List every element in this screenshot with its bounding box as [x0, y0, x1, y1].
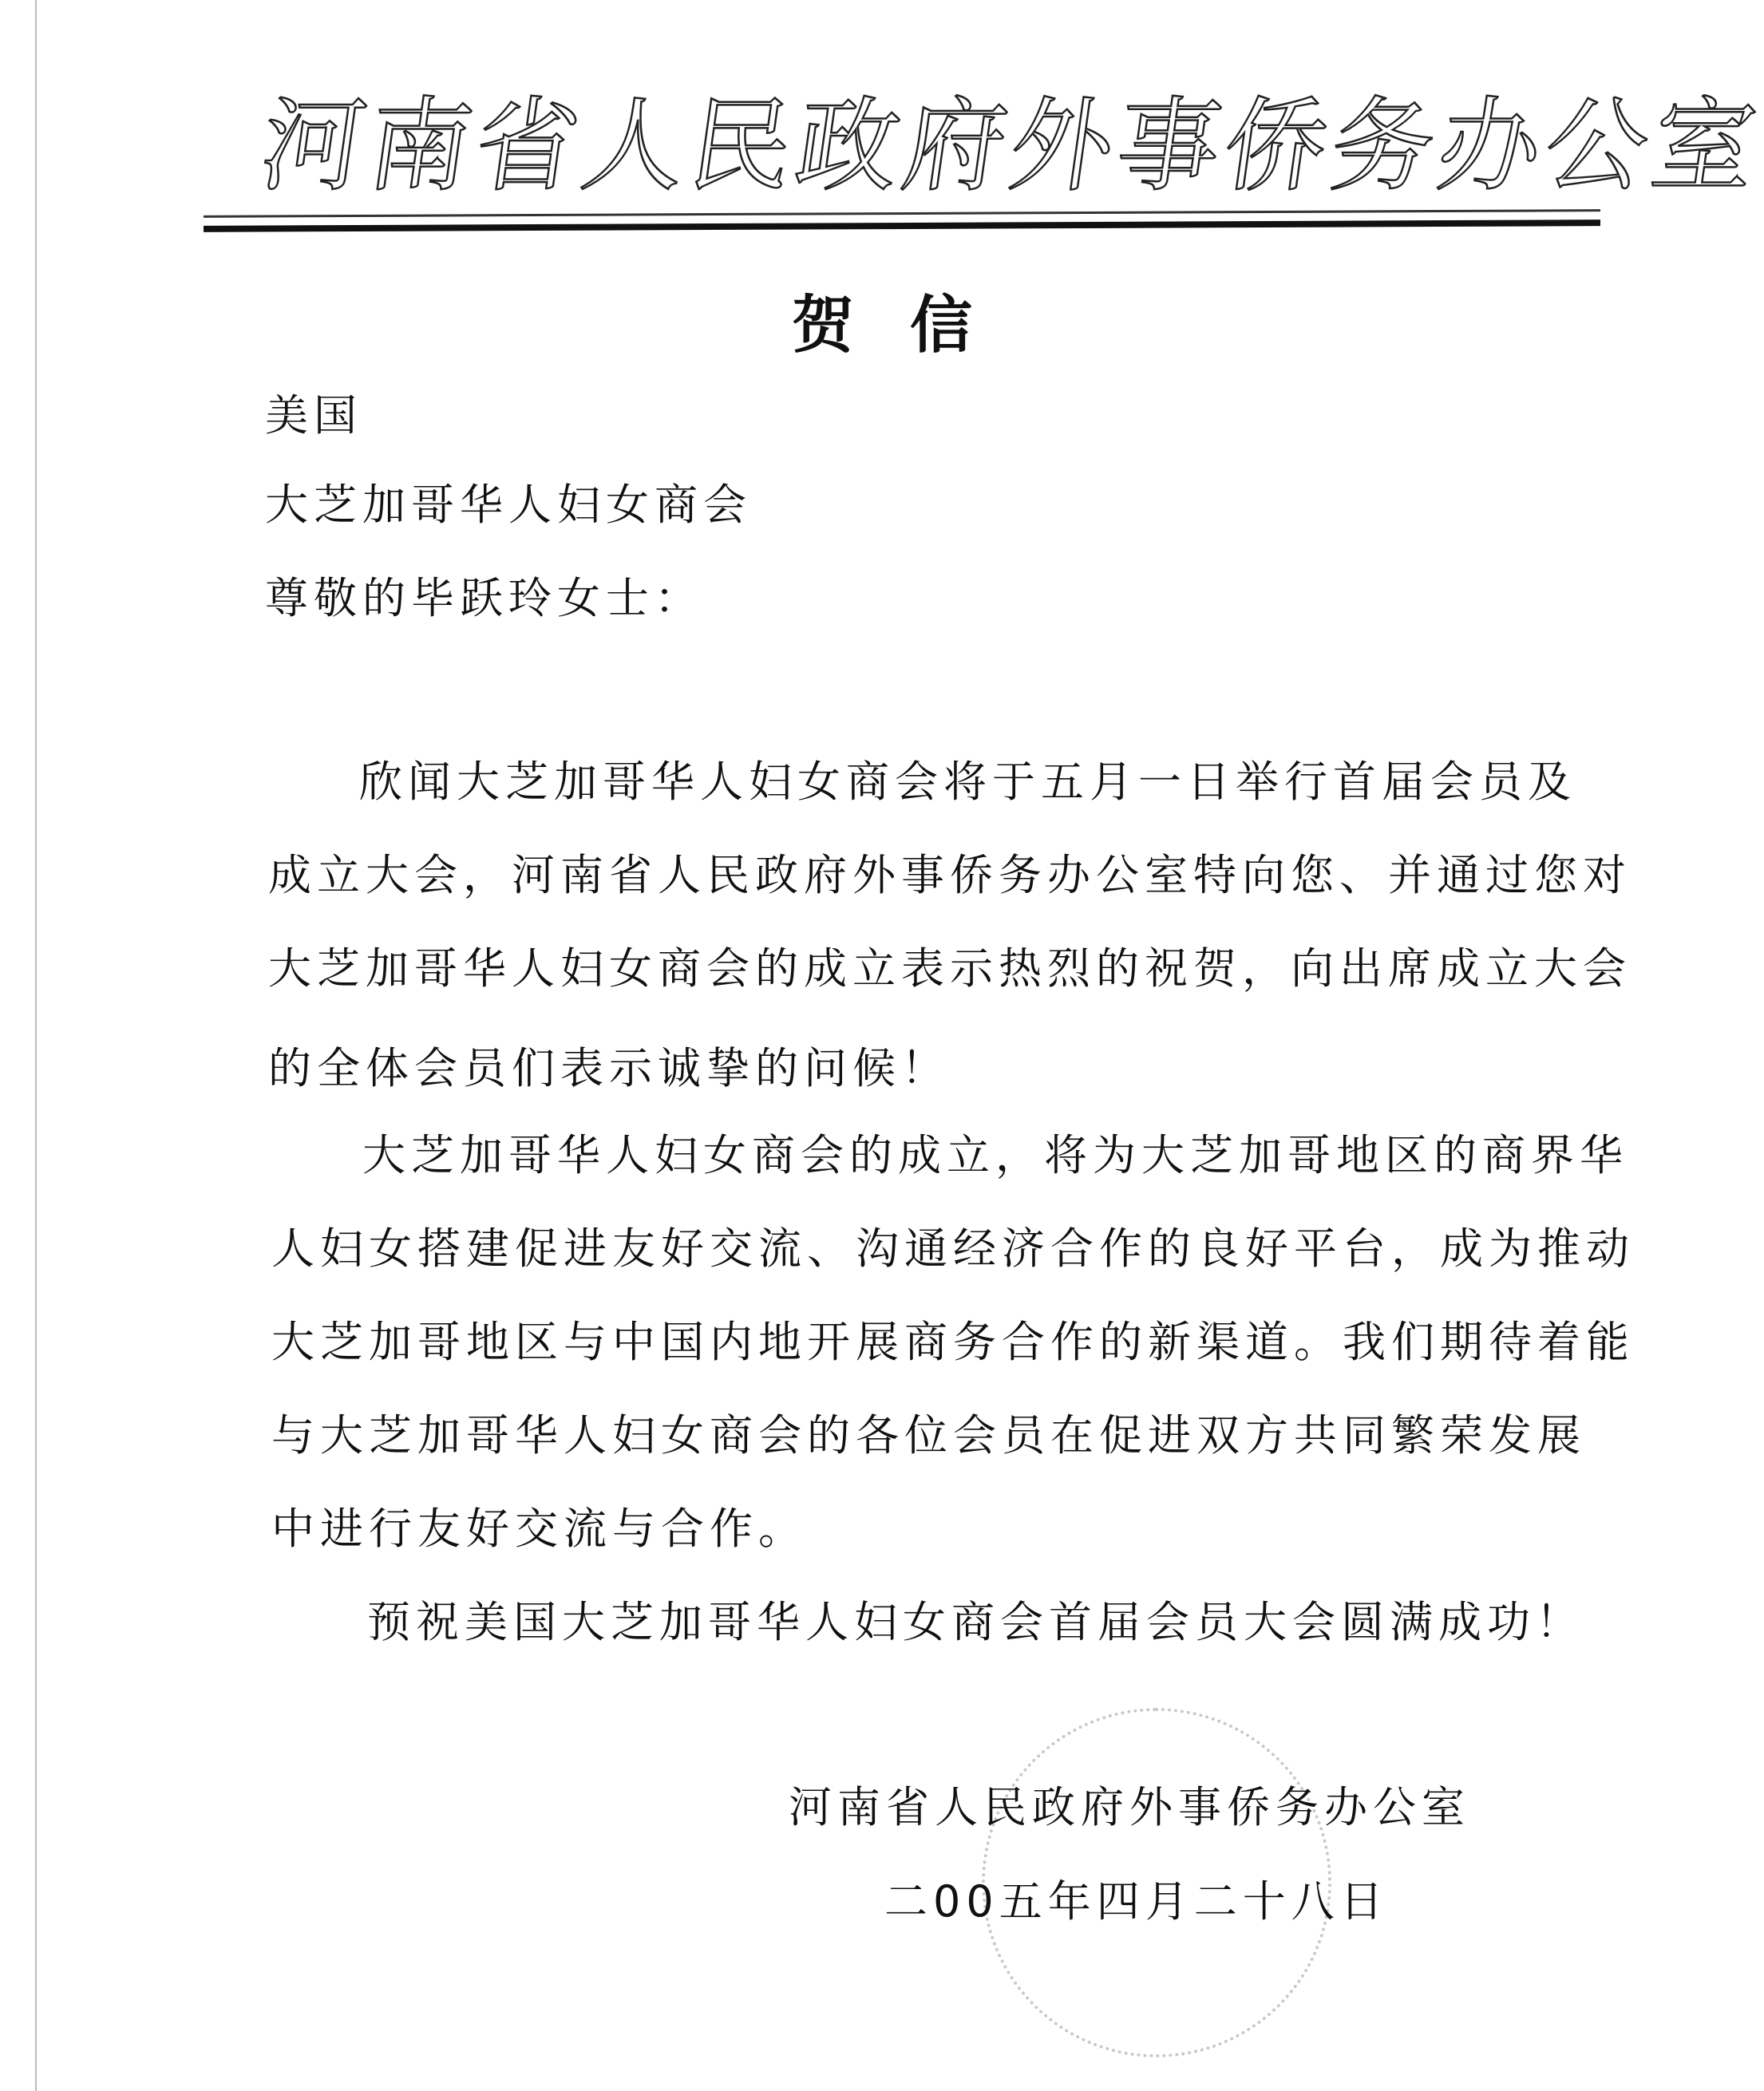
paragraph-line: 人妇女搭建促进友好交流、沟通经济合作的良好平台，成为推动: [271, 1215, 1635, 1276]
letterhead-char: 人: [574, 64, 702, 211]
letterhead-char: 公: [1537, 64, 1664, 211]
letterhead-char: 办: [1430, 64, 1557, 211]
letterhead-char: 南: [360, 64, 488, 211]
letterhead-char: 府: [895, 64, 1022, 211]
document-title: 贺信: [0, 275, 1764, 365]
letterhead-char: 室: [1643, 64, 1764, 211]
letterhead-rule-thick: [204, 219, 1600, 232]
paragraph-line: 中进行友好交流与合作。: [271, 1495, 807, 1556]
letterhead-char: 政: [788, 64, 916, 211]
letterhead-char: 省: [467, 64, 595, 211]
salutation-country: 美国: [265, 381, 362, 443]
signature-organization: 河南省人民政府外事侨务办公室: [789, 1773, 1470, 1835]
paragraph-line: 大芝加哥华人妇女商会的成立，将为大芝加哥地区的商界华: [362, 1121, 1628, 1183]
letterhead-char: 外: [1002, 64, 1129, 211]
letterhead-char: 侨: [1216, 64, 1343, 211]
paragraph-line: 成立大会，河南省人民政府外事侨务办公室特向您、并通过您对: [268, 841, 1632, 903]
letterhead-char: 民: [681, 64, 809, 211]
letterhead-char: 务: [1323, 64, 1450, 211]
letterhead-char: 事: [1109, 64, 1236, 211]
paragraph-line: 大芝加哥华人妇女商会的成立表示热烈的祝贺，向出席成立大会: [268, 935, 1632, 996]
paragraph-line: 与大芝加哥华人妇女商会的各位会员在促进双方共同繁荣发展: [271, 1401, 1586, 1463]
salutation-recipient-org: 大芝加哥华人妇女商会: [265, 471, 752, 532]
signature-date: 二00五年四月二十八日: [884, 1868, 1389, 1929]
letterhead-organization: 河南省人民政府外事侨务办公室: [253, 64, 1567, 211]
letterhead-char: 河: [253, 64, 381, 211]
salutation-recipient-person: 尊敬的毕跃玲女士：: [265, 564, 703, 626]
paragraph-line: 大芝加哥地区与中国内地开展商务合作的新渠道。我们期待着能: [271, 1308, 1635, 1370]
paragraph-line: 欣闻大芝加哥华人妇女商会将于五月一日举行首届会员及: [359, 748, 1576, 809]
paragraph-line: 预祝美国大芝加哥华人妇女商会首届会员大会圆满成功！: [367, 1588, 1584, 1650]
paragraph-line: 的全体会员们表示诚挚的问候！: [268, 1034, 950, 1096]
